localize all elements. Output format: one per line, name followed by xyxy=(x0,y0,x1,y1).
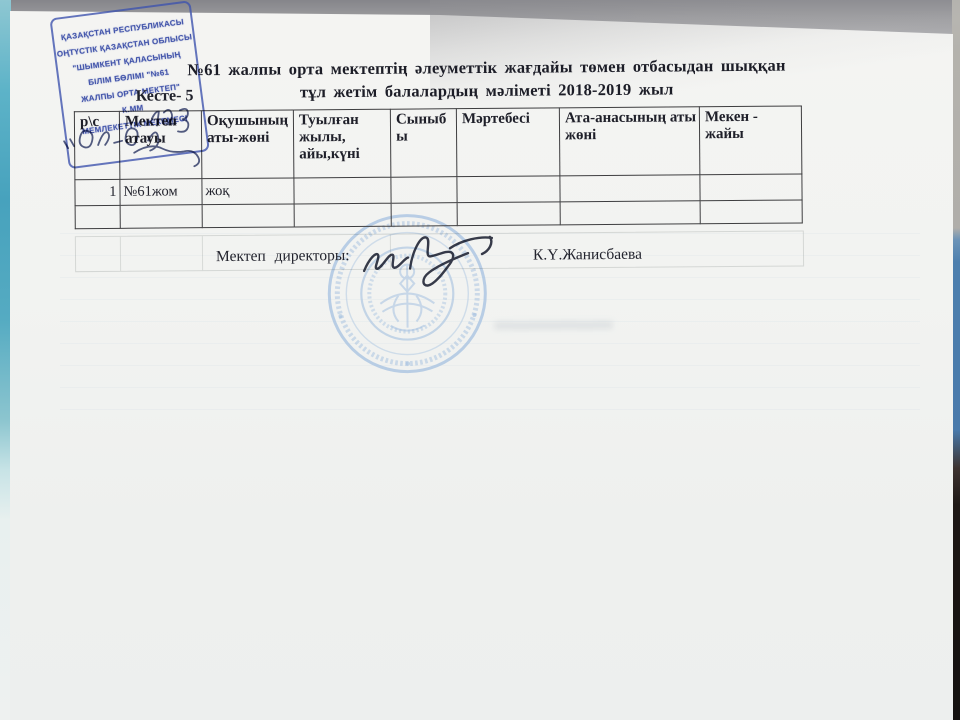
cell-birthdate xyxy=(294,177,391,204)
cell-parent-name xyxy=(560,175,700,202)
col-header-parent-name: Ата-анасының аты жөні xyxy=(559,107,700,176)
director-signature xyxy=(352,220,508,293)
col-header-status: Мәртебесі xyxy=(456,108,560,177)
cell-address xyxy=(700,174,802,201)
cell-school: №61жом xyxy=(120,179,202,206)
col-header-class: Сыныбы xyxy=(390,109,457,178)
col-header-address: Мекен - жайы xyxy=(699,106,802,175)
director-label: Мектеп директоры: xyxy=(216,247,350,266)
cell-status xyxy=(457,176,560,203)
document-photo: №61 жалпы орта мектептің әлеуметтік жағд… xyxy=(0,0,960,720)
director-name: К.Ү.Жанисбаева xyxy=(533,246,642,265)
cell-address xyxy=(700,200,802,224)
cell-school xyxy=(120,205,202,229)
cell-parent-name xyxy=(560,201,700,225)
col-header-birthdate: Туылған жылы, айы,күні xyxy=(293,109,391,178)
cell-student-name xyxy=(202,204,294,228)
handwritten-pen-marks xyxy=(56,100,227,176)
cell-student-name: жоқ xyxy=(202,178,294,205)
document-content: №61 жалпы орта мектептің әлеуметтік жағд… xyxy=(0,0,960,720)
document-title: №61 жалпы орта мектептің әлеуметтік жағд… xyxy=(150,54,822,105)
cell-row-number: 1 xyxy=(75,179,120,205)
ink-bleed-smudge xyxy=(495,321,613,330)
cell-class xyxy=(391,177,457,204)
cell-row-number xyxy=(75,205,120,228)
